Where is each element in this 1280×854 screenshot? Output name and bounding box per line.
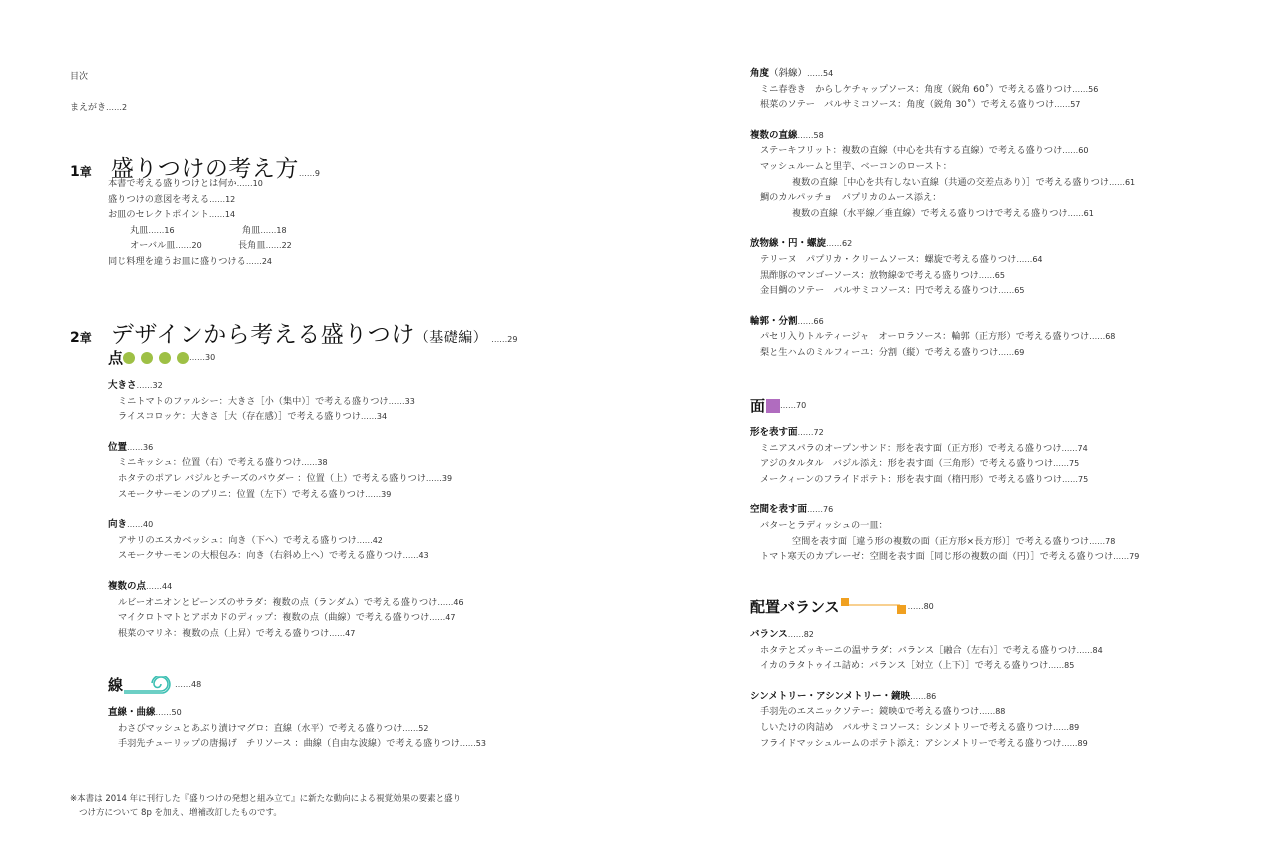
chapter-1-items: 本書で考える盛りつけとは何か……10 盛りつけの意図を考える……12 お皿のセレ… (108, 176, 263, 223)
line-section-continued: 角度（斜線）……54 ミニ春巻き からしケチャップソース：角度（鋭角 60˚）で… (750, 66, 1135, 361)
group-heading[interactable]: 形を表す面……72 (750, 425, 1139, 441)
toc-label: 目次 (70, 69, 88, 82)
toc-entry-square-plate[interactable]: 角皿……18 (242, 223, 287, 239)
orange-balance-icon (840, 597, 908, 617)
section-point-list: 大きさ……32 ミニトマトのファルシー：大きさ［小（集中）］で考える盛りつけ……… (108, 378, 464, 641)
toc-entry[interactable]: イカのラタトゥイユ詰め：バランス［対立（上下）］で考える盛りつけ……85 (750, 658, 1103, 674)
group-heading[interactable]: 角度（斜線）……54 (750, 66, 1135, 82)
toc-entry[interactable]: 根菜のソテー バルサミコソース：角度（鋭角 30˚）で考える盛りつけ……57 (750, 97, 1135, 113)
toc-entry[interactable]: 複数の直線（水平線／垂直線）で考える盛りつけで考える盛りつけ……61 (750, 206, 1135, 222)
toc-entry[interactable]: ミニトマトのファルシー：大きさ［小（集中）］で考える盛りつけ……33 (108, 394, 464, 410)
toc-entry[interactable]: パセリ入りトルティージャ オーロラソース：輪郭（正方形）で考える盛りつけ……68 (750, 329, 1135, 345)
toc-entry[interactable]: 同じ料理を違うお皿に盛りつける……24 (108, 254, 272, 270)
page-number: 70 (796, 401, 806, 410)
page-number: 80 (924, 602, 934, 611)
toc-entry[interactable]: メークィーンのフライドポテト：形を表す面（楕円形）で考える盛りつけ……75 (750, 472, 1139, 488)
group-heading[interactable]: 複数の点……44 (108, 579, 464, 595)
toc-entry[interactable]: 黒酢豚のマンゴーソース：放物線②で考える盛りつけ……65 (750, 268, 1135, 284)
green-dot-icon (159, 352, 171, 364)
section-point-heading[interactable]: 点……30 (108, 347, 215, 368)
leader: …… (106, 103, 122, 112)
toc-entry[interactable]: ホタテとズッキーニの温サラダ：バランス［融合（左右）］で考える盛りつけ……84 (750, 643, 1103, 659)
green-dot-icon (141, 352, 153, 364)
toc-entry[interactable]: 手羽先チューリップの唐揚げ チリソース ：曲線（自由な波線）で考える盛りつけ……… (108, 736, 486, 752)
chapter-number: 1章 (70, 164, 92, 180)
purple-square-icon (766, 399, 780, 413)
group-heading[interactable]: 複数の直線……58 (750, 128, 1135, 144)
toc-entry[interactable]: バターとラディッシュの一皿： (750, 518, 1139, 534)
toc-entry[interactable]: 本書で考える盛りつけとは何か……10 (108, 176, 263, 192)
chapter-2-heading[interactable]: 2章 デザインから考える盛りつけ（基礎編）……29 (70, 316, 517, 349)
section-balance-heading[interactable]: 配置バランス ……80 (750, 596, 934, 617)
toc-entry[interactable]: アジのタルタル バジル添え：形を表す面（三角形）で考える盛りつけ……75 (750, 456, 1139, 472)
page-number: 2 (122, 103, 127, 112)
group-heading[interactable]: 輪郭・分割……66 (750, 314, 1135, 330)
toc-entry-preface[interactable]: まえがき……2 (70, 100, 127, 113)
toc-entry[interactable]: テリーヌ パプリカ・クリームソース：螺旋で考える盛りつけ……64 (750, 252, 1135, 268)
group-heading[interactable]: 直線・曲線……50 (108, 705, 486, 721)
toc-entry[interactable]: 鯛のカルパッチョ パプリカのムース添え： (750, 190, 1135, 206)
toc-entry[interactable]: お皿のセレクトポイント……14 (108, 207, 263, 223)
section-face-list: 形を表す面……72 ミニアスパラのオープンサンド：形を表す面（正方形）で考える盛… (750, 425, 1139, 565)
group-heading[interactable]: 空間を表す面……76 (750, 502, 1139, 518)
green-dot-icon (177, 352, 189, 364)
toc-entry[interactable]: 盛りつけの意図を考える……12 (108, 192, 263, 208)
group-heading[interactable]: シンメトリー・アシンメトリー・鏡映……86 (750, 689, 1103, 705)
section-line-list: 直線・曲線……50 わさびマッシュとあぶり漬けマグロ：直線（水平）で考える盛りつ… (108, 705, 486, 752)
chapter-title: デザインから考える盛りつけ（基礎編） (111, 322, 487, 348)
section-line-heading[interactable]: 線 ……48 (108, 674, 201, 695)
toc-entry[interactable]: ライスコロッケ：大きさ［大（存在感）］で考える盛りつけ……34 (108, 409, 464, 425)
left-page: 目次 まえがき……2 1章 盛りつけの考え方……9 本書で考える盛りつけとは何か… (0, 0, 640, 854)
section-title: 線 (108, 676, 123, 694)
toc-entry[interactable]: アサリのエスカベッシュ：向き（下へ）で考える盛りつけ……42 (108, 533, 464, 549)
section-balance-list: バランス……82 ホタテとズッキーニの温サラダ：バランス［融合（左右）］で考える… (750, 627, 1103, 751)
green-dot-icon (123, 352, 135, 364)
toc-entry[interactable]: ホタテのポアレ バジルとチーズのパウダー ：位置（上）で考える盛りつけ……39 (108, 471, 464, 487)
footnote: ※本書は 2014 年に刊行した『盛りつけの発想と組み立て』に新たな動向による視… (70, 792, 461, 820)
section-title: 配置バランス (750, 598, 840, 616)
toc-entry[interactable]: フライドマッシュルームのポテト添え：アシンメトリーで考える盛りつけ……89 (750, 736, 1103, 752)
entry-label: まえがき (70, 103, 106, 113)
toc-entry[interactable]: 手羽先のエスニックソテー：鏡映①で考える盛りつけ……88 (750, 704, 1103, 720)
toc-entry[interactable]: トマト寒天のカプレーゼ：空間を表す面［同じ形の複数の面（円）］で考える盛りつけ…… (750, 549, 1139, 565)
toc-entry[interactable]: ミニキッシュ：位置（右）で考える盛りつけ……38 (108, 455, 464, 471)
group-heading[interactable]: バランス……82 (750, 627, 1103, 643)
toc-entry[interactable]: ミニ春巻き からしケチャップソース：角度（鋭角 60˚）で考える盛りつけ……56 (750, 82, 1135, 98)
toc-entry[interactable]: 根菜のマリネ：複数の点（上昇）で考える盛りつけ……47 (108, 626, 464, 642)
group-heading[interactable]: 向き……40 (108, 517, 464, 533)
toc-entry[interactable]: マッシュルームと里芋、ベーコンのロースト： (750, 159, 1135, 175)
section-title: 面 (750, 397, 765, 415)
toc-entry[interactable]: 空間を表す面［違う形の複数の面（正方形×長方形）］で考える盛りつけ……78 (750, 534, 1139, 550)
chapter-number: 2章 (70, 330, 92, 346)
group-heading[interactable]: 位置……36 (108, 440, 464, 456)
group-heading[interactable]: 放物線・円・螺旋……62 (750, 236, 1135, 252)
page-number: 9 (315, 169, 320, 178)
section-title: 点 (108, 349, 123, 367)
toc-entry[interactable]: ミニアスパラのオープンサンド：形を表す面（正方形）で考える盛りつけ……74 (750, 441, 1139, 457)
right-page: 角度（斜線）……54 ミニ春巻き からしケチャップソース：角度（鋭角 60˚）で… (640, 0, 1280, 854)
section-face-heading[interactable]: 面……70 (750, 395, 806, 416)
teal-line-swirl-icon (123, 676, 175, 694)
page-number: 48 (191, 680, 201, 689)
toc-entry[interactable]: わさびマッシュとあぶり漬けマグロ：直線（水平）で考える盛りつけ……52 (108, 721, 486, 737)
toc-entry[interactable]: マイクロトマトとアボカドのディップ：複数の点（曲線）で考える盛りつけ……47 (108, 610, 464, 626)
toc-entry[interactable]: しいたけの肉詰め バルサミコソース：シンメトリーで考える盛りつけ……89 (750, 720, 1103, 736)
toc-entry[interactable]: 金目鯛のソテー バルサミコソース：円で考える盛りつけ……65 (750, 283, 1135, 299)
leader: …… (299, 169, 315, 178)
toc-entry[interactable]: ステーキフリット：複数の直線（中心を共有する直線）で考える盛りつけ……60 (750, 143, 1135, 159)
page-number: 29 (507, 335, 517, 344)
toc-entry[interactable]: スモークサーモンの大根包み：向き（右斜め上へ）で考える盛りつけ……43 (108, 548, 464, 564)
toc-entry-oval-plate[interactable]: オーバル皿……20 (130, 238, 202, 254)
page-number: 30 (205, 353, 215, 362)
group-heading[interactable]: 大きさ……32 (108, 378, 464, 394)
toc-entry[interactable]: 梨と生ハムのミルフィーユ：分割（縦）で考える盛りつけ……69 (750, 345, 1135, 361)
leader: …… (491, 335, 507, 344)
toc-entry[interactable]: 複数の直線［中心を共有しない直線（共通の交差点あり）］で考える盛りつけ……61 (750, 175, 1135, 191)
toc-entry-round-plate[interactable]: 丸皿……16 (130, 223, 175, 239)
toc-entry[interactable]: スモークサーモンのブリニ：位置（左下）で考える盛りつけ……39 (108, 487, 464, 503)
toc-entry-long-plate[interactable]: 長角皿……22 (238, 238, 292, 254)
toc-entry[interactable]: ルビーオニオンとビーンズのサラダ：複数の点（ランダム）で考える盛りつけ……46 (108, 595, 464, 611)
